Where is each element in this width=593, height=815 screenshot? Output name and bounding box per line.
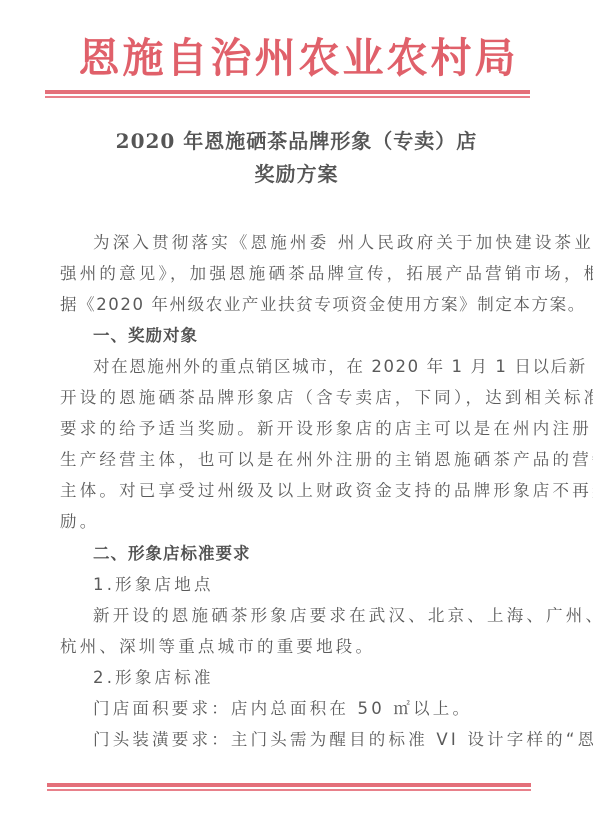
intro-line-2: 强州的意见》，加强恩施硒茶品牌宣传，拓展产品营销市场，根 [60,263,540,285]
section1-heading: 一、奖励对象 [93,325,573,347]
letterhead-title: 恩施自治州农业农村局 [0,33,593,83]
footer-rule-thick [47,783,531,787]
section1-line-6: 励。 [60,511,540,533]
section1-line-1: 对在恩施州外的重点销区城市，在 2020 年 1 月 1 日以后新 [93,356,573,378]
letterhead-rule-thick [45,90,530,94]
intro-line-1: 为深入贯彻落实《恩施州委 州人民政府关于加快建设茶业 [93,232,573,254]
footer-rule-thin [47,789,531,791]
document-title-line2: 奖励方案 [0,158,593,187]
section2-sub2-line-2: 门头装潢要求：主门头需为醒目的标准 VI 设计字样的“恩 [93,729,573,751]
section2-sub1-heading: 1.形象店地点 [93,574,573,596]
section2-heading: 二、形象店标准要求 [93,543,573,565]
intro-line-3: 据《2020 年州级农业产业扶贫专项资金使用方案》制定本方案。 [60,294,540,316]
section1-line-4: 生产经营主体，也可以是在州外注册的主销恩施硒茶产品的营销 [60,449,540,471]
section1-line-2: 开设的恩施硒茶品牌形象店（含专卖店，下同），达到相关标准 [60,387,540,409]
section2-sub1-line-2: 杭州、深圳等重点城市的重要地段。 [60,636,540,658]
section1-line-3: 要求的给予适当奖励。新开设形象店的店主可以是在州内注册的 [60,418,540,440]
section2-sub2-heading: 2.形象店标准 [93,667,573,689]
section2-sub2-line-1: 门店面积要求：店内总面积在 50 ㎡以上。 [93,698,573,720]
document-title-line1: 2020 年恩施硒茶品牌形象（专卖）店 [0,125,593,154]
section2-sub1-line-1: 新开设的恩施硒茶形象店要求在武汉、北京、上海、广州、 [93,605,573,627]
section1-line-5: 主体。对已享受过州级及以上财政资金支持的品牌形象店不再奖 [60,480,540,502]
letterhead-rule-thin [45,96,530,98]
